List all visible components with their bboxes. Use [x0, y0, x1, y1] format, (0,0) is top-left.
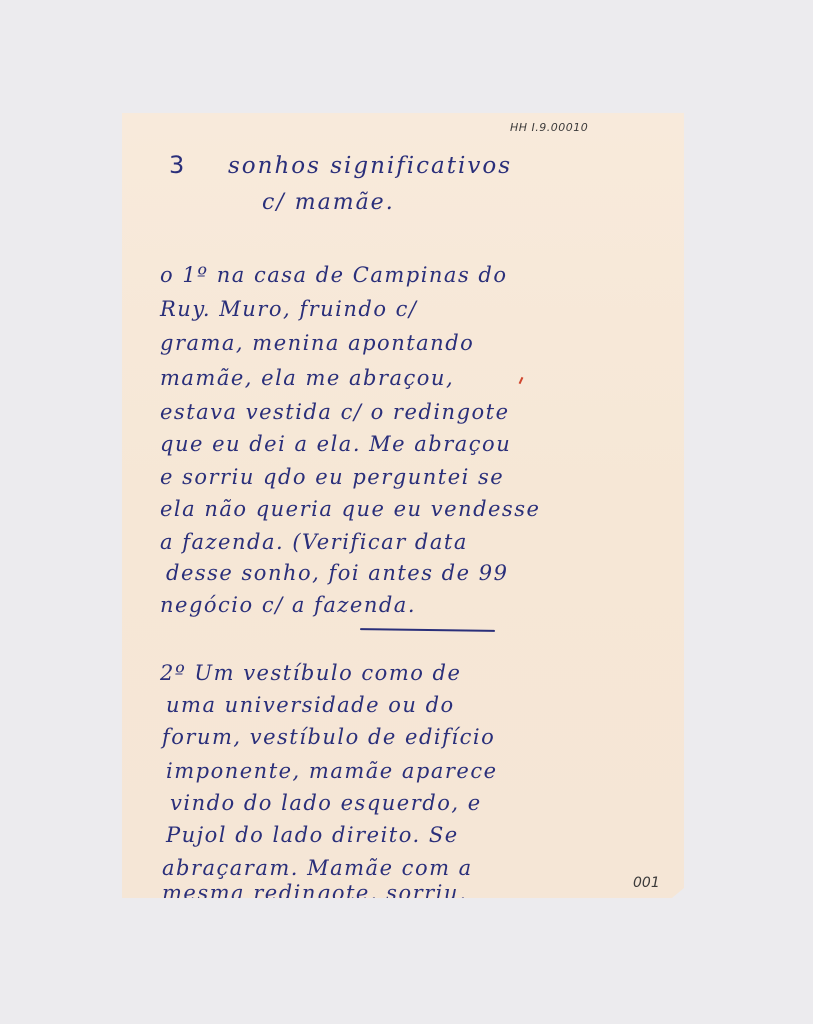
dream-1-line: a fazenda. (Verificar data — [160, 530, 468, 554]
section-divider — [360, 628, 495, 632]
dream-1-line: negócio c/ a fazenda. — [160, 593, 416, 617]
manuscript-page: HH I.9.00010 3 sonhos significativos c/ … — [122, 113, 684, 898]
dream-2-line: imponente, mamãe aparece — [166, 759, 498, 783]
dream-1-line: e sorriu qdo eu perguntei se — [160, 465, 504, 489]
red-ink-mark — [519, 377, 524, 384]
dream-1-line: desse sonho, foi antes de 99 — [166, 561, 508, 585]
title-number: 3 — [169, 151, 184, 179]
dream-2-line: vindo do lado esquerdo, e — [170, 791, 482, 815]
dream-1-line: grama, menina apontando — [160, 331, 474, 355]
dream-1-line: ela não queria que eu vendesse — [160, 497, 540, 521]
dream-1-line: estava vestida c/ o redingote — [160, 400, 510, 424]
dream-2-line: uma universidade ou do — [166, 693, 455, 717]
dream-2-line: forum, vestíbulo de edifício — [162, 725, 495, 749]
dream-2-line: Pujol do lado direito. Se — [166, 823, 459, 847]
dream-2-line: mesma redingote, sorriu, — [162, 881, 467, 905]
dream-1-line: Ruy. Muro, fruindo c/ — [160, 297, 418, 321]
title-line-1: sonhos significativos — [228, 153, 512, 179]
title-line-2: c/ mamãe. — [262, 190, 395, 215]
dream-1-line: o 1º na casa de Campinas do — [160, 263, 508, 287]
dream-1-line: que eu dei a ela. Me abraçou — [160, 432, 511, 456]
dream-1-line: mamãe, ela me abraçou, — [160, 366, 454, 390]
page-number: 001 — [633, 875, 660, 891]
dream-2-line: abraçaram. Mamãe com a — [162, 856, 473, 880]
dream-2-line: 2º Um vestíbulo como de — [160, 661, 461, 685]
archive-code: HH I.9.00010 — [510, 121, 588, 134]
